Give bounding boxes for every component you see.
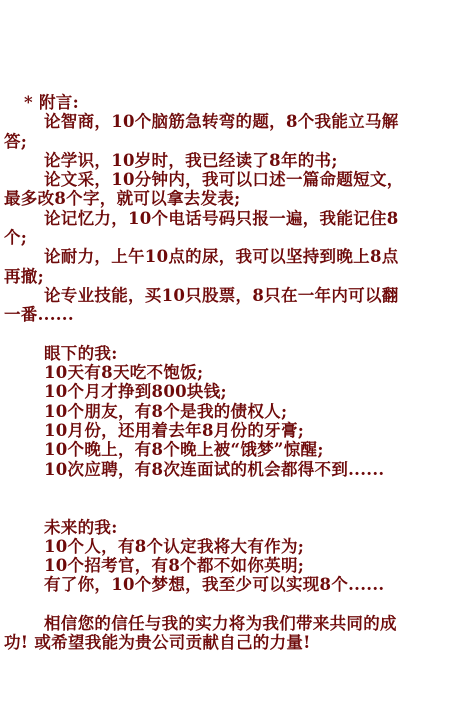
present-line: 10个晚上，有8个晚上被“饿梦”惊醒; <box>4 440 466 459</box>
present-line: 10天有8天吃不饱饭; <box>4 363 466 382</box>
intro-line: 论文采，10分钟内，我可以口述一篇命题短文， <box>4 170 466 189</box>
spacer <box>4 595 466 614</box>
intro-line: 再撤; <box>4 267 466 286</box>
intro-line: 论专业技能，买10只股票，8只在一年内可以翻 <box>4 286 466 305</box>
present-title: 眼下的我: <box>4 344 466 363</box>
heading: * 附言: <box>4 93 466 112</box>
spacer <box>4 325 466 344</box>
closing-line: 相信您的信任与我的实力将为我们带来共同的成 <box>4 614 466 633</box>
future-line: 有了你，10个梦想，我至少可以实现8个...... <box>4 575 466 594</box>
present-line: 10月份，还用着去年8月份的牙膏; <box>4 421 466 440</box>
future-line: 10个人，有8个认定我将大有作为; <box>4 537 466 556</box>
future-line: 10个招考官，有8个都不如你英明; <box>4 556 466 575</box>
intro-line: 一番...... <box>4 305 466 324</box>
document-body: * 附言: 论智商，10个脑筋急转弯的题，8个我能立马解 答; 论学识，10岁时… <box>4 93 466 653</box>
present-line: 10个朋友，有8个是我的债权人; <box>4 402 466 421</box>
present-line: 10次应聘，有8次连面试的机会都得不到...... <box>4 460 466 479</box>
present-line: 10个月才挣到800块钱; <box>4 382 466 401</box>
intro-line: 答; <box>4 132 466 151</box>
spacer <box>4 479 466 518</box>
intro-line: 论耐力，上午10点的尿，我可以坚持到晚上8点 <box>4 247 466 266</box>
intro-line: 论学识，10岁时，我已经读了8年的书; <box>4 151 466 170</box>
future-title: 未来的我: <box>4 518 466 537</box>
closing-line: 功! 或希望我能为贵公司贡献自己的力量! <box>4 633 466 652</box>
intro-line: 最多改8个字，就可以拿去发表; <box>4 189 466 208</box>
intro-line: 个; <box>4 228 466 247</box>
intro-line: 论智商，10个脑筋急转弯的题，8个我能立马解 <box>4 112 466 131</box>
intro-line: 论记忆力，10个电话号码只报一遍，我能记住8 <box>4 209 466 228</box>
